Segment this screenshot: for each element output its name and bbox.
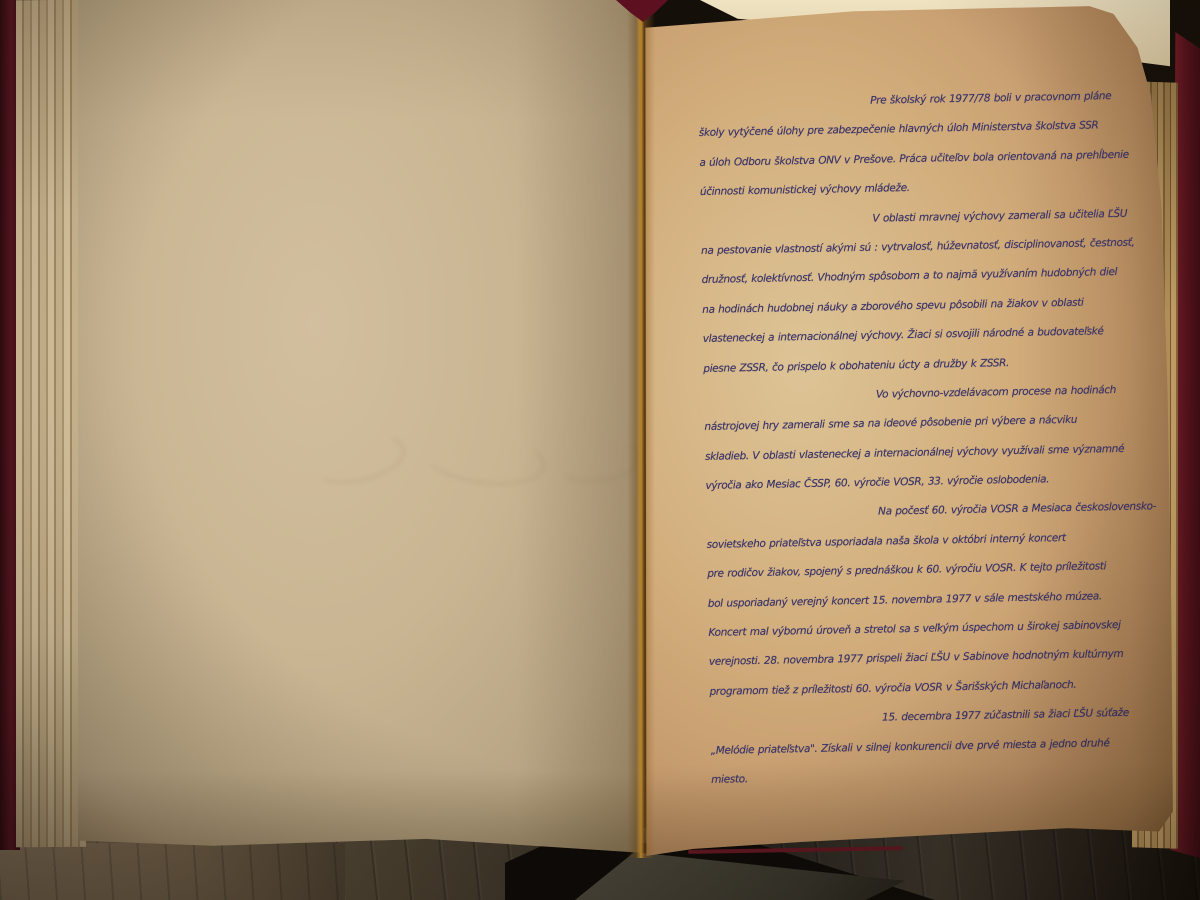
book-photo: Pre školský rok 1977/78 boli v pracovnom…	[0, 0, 1200, 900]
page-edge-stack-left	[16, 0, 86, 847]
left-page	[78, 0, 640, 856]
book-gutter	[627, 0, 655, 858]
wood-floor-light-patch	[0, 843, 345, 900]
handwriting-block: Pre školský rok 1977/78 boli v pracovnom…	[698, 81, 1157, 795]
